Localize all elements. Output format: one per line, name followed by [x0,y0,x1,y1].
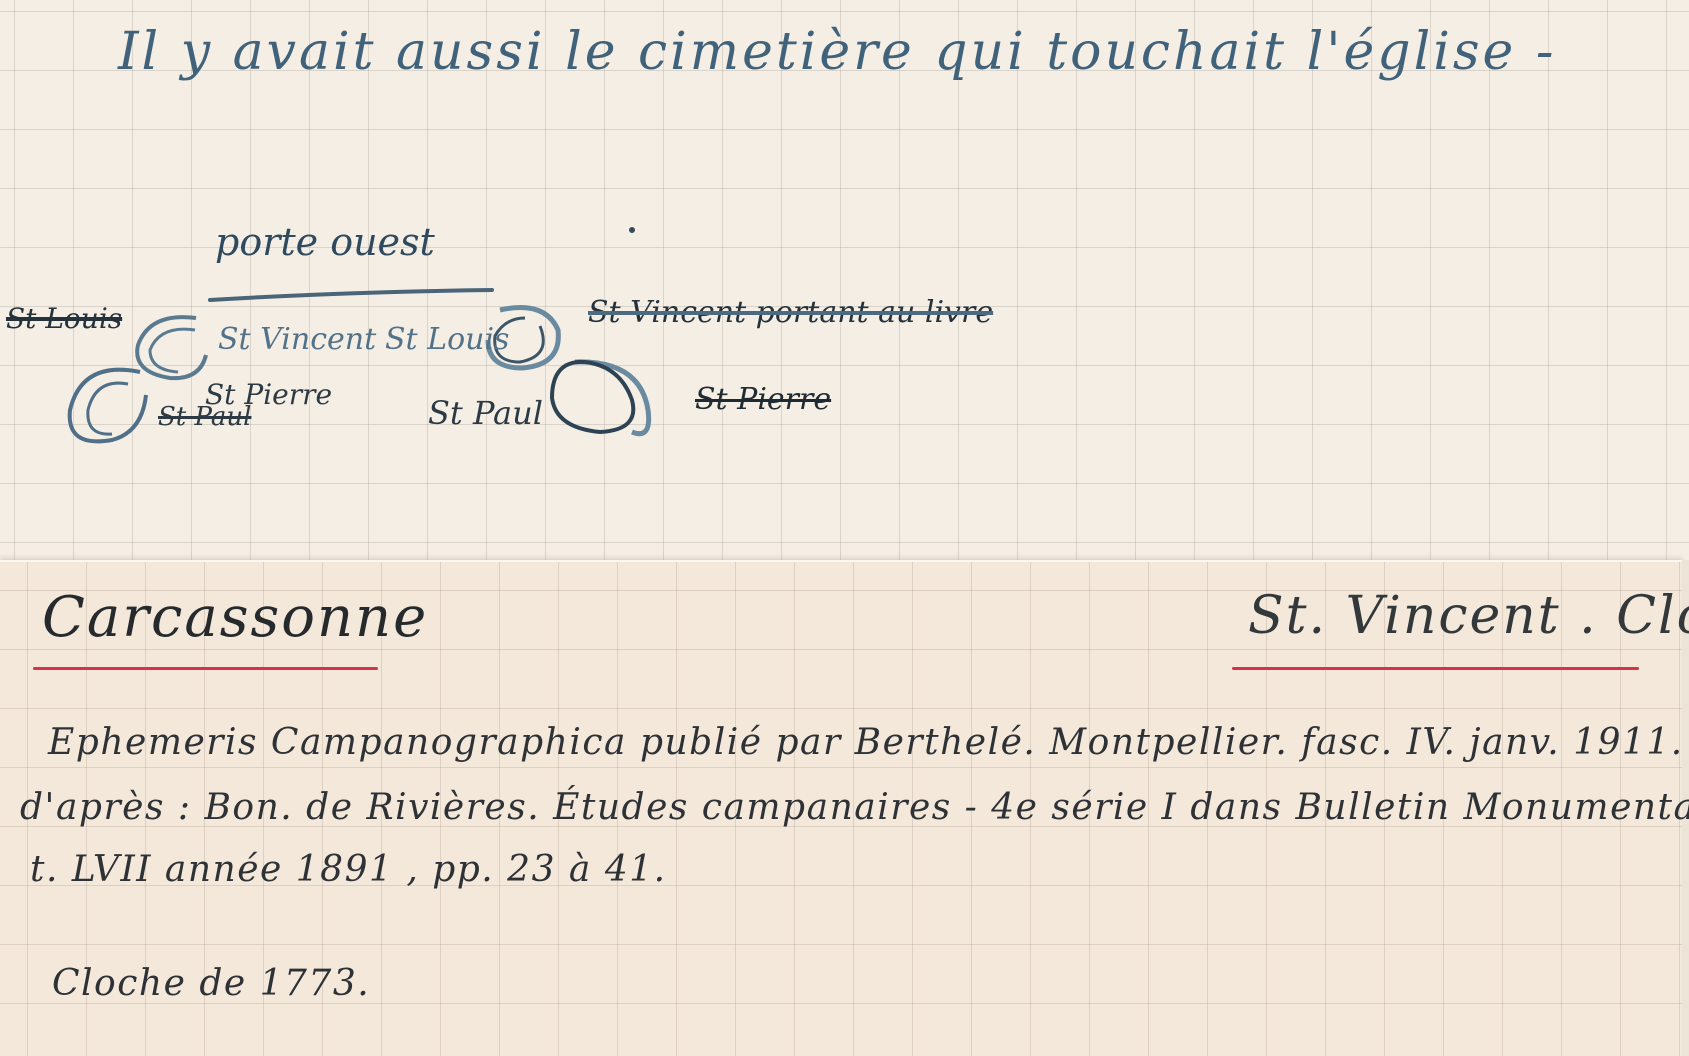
cemetery-sentence: Il y avait aussi le cimetière qui toucha… [118,22,1556,82]
label-st-vincent-struck: St Vincent portant au livre [588,295,993,330]
bell-date-note: Cloche de 1773. [52,963,370,1004]
bell-4-icon [552,362,649,434]
reference-line-1: Ephemeris Campanographica publié par Ber… [48,722,1689,763]
subject-underline [1232,667,1639,670]
reference-line-3: t. LVII année 1891 , pp. 23 à 41. [30,849,667,890]
bell-2-icon [70,370,146,442]
label-st-paul: St Paul [428,394,543,432]
diagram-heading: porte ouest [215,220,435,264]
label-st-louis: St Louis [385,322,509,357]
place-underline [33,667,378,670]
label-st-louis-struck: St Louis [6,302,122,335]
label-st-paul-struck: St Paul [158,402,251,432]
reference-line-2: d'après : Bon. de Rivières. Études campa… [20,787,1689,828]
card-place-title: Carcassonne [42,585,428,650]
card-subject-title: St. Vincent . Cloche. [1248,586,1689,646]
label-st-vincent: St Vincent [218,322,376,357]
bell-1-icon [137,317,206,378]
label-st-pierre-struck: St Pierre [695,382,831,417]
